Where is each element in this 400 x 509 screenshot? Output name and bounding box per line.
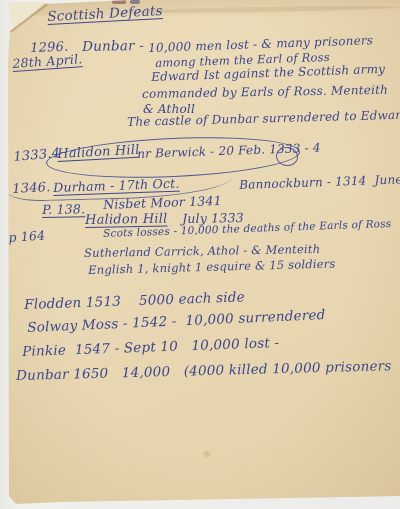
entry-line: Solway Moss - 1542 - 10,000 surrendered <box>27 308 326 335</box>
underline-flourish <box>6 177 232 202</box>
paper-stain <box>202 450 212 458</box>
battle-detail: nr Berwick - 20 Feb. 1333 - 4 <box>137 142 321 161</box>
hand-drawn-circle <box>45 132 300 182</box>
battle-date: July 1333 <box>182 211 244 225</box>
scan-background: Scottish Defeats 1296. 28th April. Dunba… <box>0 0 400 509</box>
battle-name: Halidon Hill <box>57 144 140 162</box>
battle-detail: commanded by Earls of Ross. Menteith <box>142 84 388 101</box>
entry-line: Pinkie 1547 - Sept 10 10,000 lost - <box>22 336 279 359</box>
battle-detail: Scots losses - 10,000 the deaths of the … <box>103 219 392 240</box>
page-title: Scottish Defeats <box>47 4 163 24</box>
entry-date: 28th April. <box>12 52 83 70</box>
paper-crease <box>120 5 400 15</box>
entry-year: 1333.4 <box>13 147 61 165</box>
margin-note: Bannockburn - 1314 June 24 <box>239 173 400 192</box>
entry-line: Flodden 1513 5000 each side <box>24 290 245 312</box>
margin-note: Nisbet Moor 1341 <box>103 194 222 211</box>
entry-year: 1346. <box>12 181 51 197</box>
battle-name: Halidon Hill <box>85 213 168 228</box>
battle-detail: 10,000 men lost - & many prisoners <box>148 34 373 54</box>
battle-detail: Edward Ist against the Scottish army <box>151 63 385 84</box>
battle-detail: English 1, knight 1 esquire & 15 soldier… <box>88 258 336 277</box>
battle-detail: Sutherland Carrick, Athol - & Menteith <box>84 243 320 259</box>
entry-year: 1296. <box>30 41 69 56</box>
hand-drawn-circle-loop <box>275 146 299 168</box>
page-reference: P. 138. <box>42 202 85 216</box>
entry-line: Dunbar 1650 14,000 (4000 killed 10,000 p… <box>16 359 392 383</box>
paper-sheet: Scottish Defeats 1296. 28th April. Dunba… <box>0 0 400 509</box>
battle-name: Durham - 17th Oct. <box>53 177 180 195</box>
top-edge-mark <box>130 0 140 4</box>
battle-detail: & Atholl <box>143 103 195 116</box>
battle-detail: The castle of Dunbar surrendered to Edwa… <box>127 109 400 129</box>
battle-name: Dunbar - <box>82 39 144 54</box>
battle-detail: among them the Earl of Ross <box>155 51 330 69</box>
page-reference: p 164 <box>8 228 46 244</box>
top-edge-mark <box>112 0 126 4</box>
